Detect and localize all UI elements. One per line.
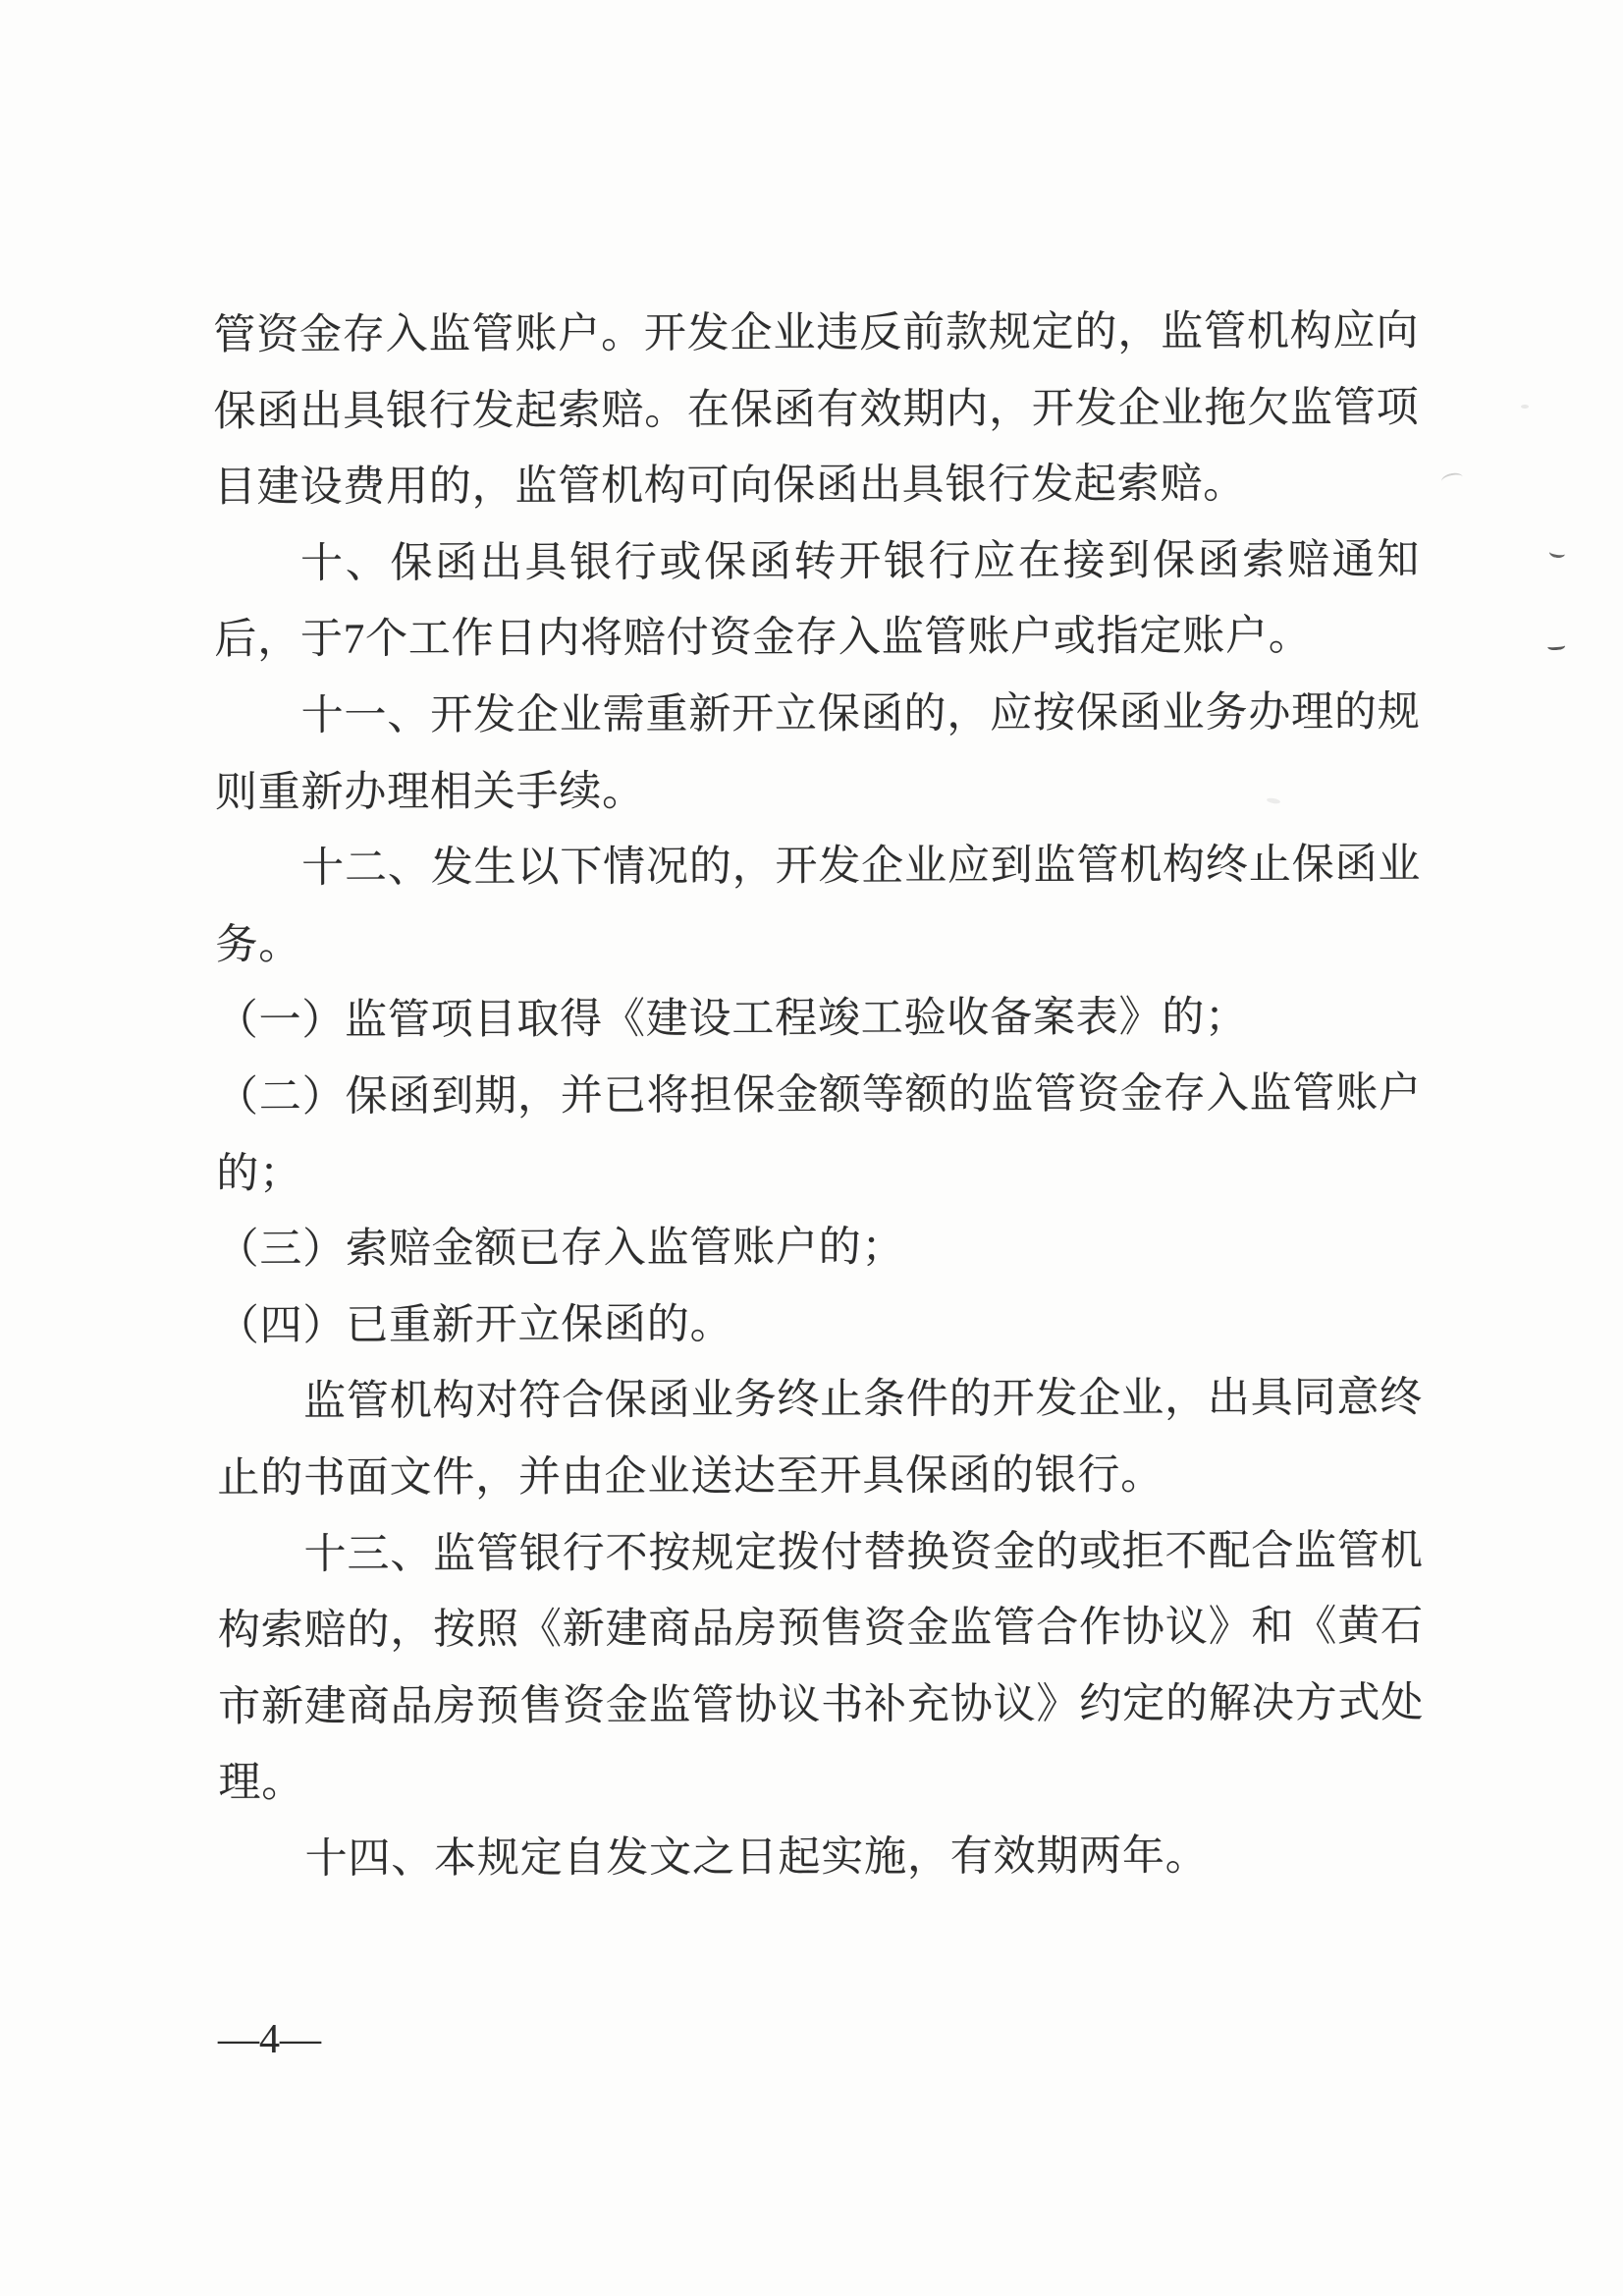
text-line: 监管机构对符合保函业务终止条件的开发企业，出具同意终 [217, 1360, 1423, 1441]
text-line: 止的书面文件，并由企业送达至开具保函的银行。 [217, 1437, 1423, 1517]
page-number: —4— [218, 2009, 355, 2070]
document-text-block: 管资金存入监管账户。开发企业违反前款规定的，监管机构应向 保函出具银行发起索赔。… [213, 294, 1425, 1898]
text-line: 十三、监管银行不按规定拨付替换资金的或拒不配合监管机 [217, 1512, 1423, 1593]
text-line: 务。 [215, 903, 1421, 984]
scan-speck [1548, 547, 1565, 559]
text-line: 十一、开发企业需重新开立保函的，应按保函业务办理的规 [215, 675, 1421, 755]
text-line: （二）保函到期，并已将担保金额等额的监管资金存入监管账户 [216, 1056, 1422, 1136]
text-line: 十、保函出具银行或保函转开银行应在接到保函索赔通知 [214, 522, 1420, 603]
text-line: 保函出具银行发起索赔。在保函有效期内，开发企业拖欠监管项 [213, 369, 1419, 450]
document-page: 管资金存入监管账户。开发企业违反前款规定的，监管机构应向 保函出具银行发起索赔。… [0, 0, 1623, 2296]
text-line: 十四、本规定自发文之日起实施，有效期两年。 [219, 1818, 1425, 1898]
text-line: 目建设费用的，监管机构可向保函出具银行发起索赔。 [214, 446, 1420, 526]
scan-speck [1440, 471, 1464, 487]
text-line: （四）已重新开立保函的。 [217, 1285, 1423, 1365]
text-line: 十二、发生以下情况的，开发企业应到监管机构终止保函业 [215, 827, 1421, 907]
text-line: 构索赔的，按照《新建商品房预售资金监管合作协议》和《黄石 [218, 1589, 1424, 1669]
scan-speck [1521, 405, 1529, 409]
text-line: （三）索赔金额已存入监管账户的； [216, 1208, 1422, 1288]
text-line: （一）监管项目取得《建设工程竣工验收备案表》的； [216, 979, 1422, 1060]
text-line: 后，于7个工作日内将赔付资金存入监管账户或指定账户。 [214, 598, 1420, 679]
text-line: 理。 [218, 1741, 1424, 1822]
scan-speck [1547, 639, 1566, 650]
text-line: 市新建商品房预售资金监管协议书补充协议》约定的解决方式处 [218, 1666, 1424, 1746]
text-line: 的； [216, 1131, 1422, 1212]
text-line: 管资金存入监管账户。开发企业违反前款规定的，监管机构应向 [213, 294, 1419, 374]
text-line: 则重新办理相关手续。 [215, 750, 1421, 831]
